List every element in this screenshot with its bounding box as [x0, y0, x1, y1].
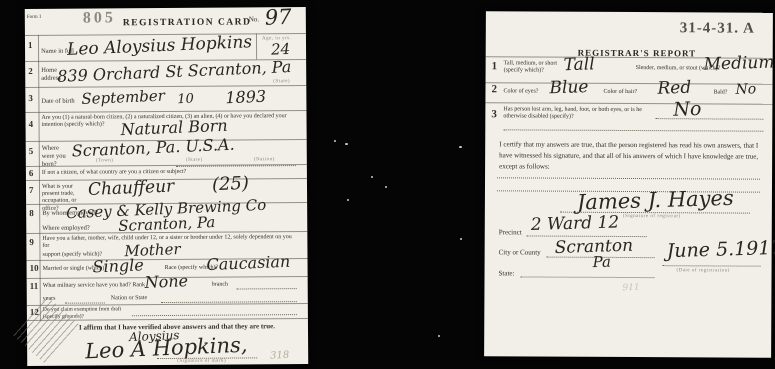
state-label: State:: [499, 269, 515, 277]
signature-sublabel: (Signature or mark): [177, 359, 226, 364]
exemption-answer-line: [132, 314, 297, 316]
trade-value: Chauffeur: [88, 178, 175, 199]
name-value: Leo Aloysius Hopkins: [67, 34, 253, 59]
birth-date-label: Date of birth: [41, 98, 74, 106]
registrar-signature: James J. Hayes: [577, 188, 734, 214]
address-value: 839 Orchard St Scranton, Pa: [57, 59, 292, 85]
city-state-value: Pa: [592, 255, 611, 271]
address-state-sublabel: (State): [273, 79, 290, 84]
scanned-document-page: { "registration_card": { "form_label": "…: [0, 0, 775, 369]
birth-month-value: September: [81, 89, 165, 107]
field-number: 7: [29, 185, 34, 195]
card-title: REGISTRATION CARD: [123, 17, 252, 28]
pencil-mark: 318: [270, 351, 289, 362]
birthplace-state-sublabel: (State): [186, 158, 203, 163]
birthplace-value: Scranton, Pa. U.S.A.: [71, 137, 234, 160]
field-number: 2: [28, 66, 33, 76]
field-number: 8: [29, 208, 34, 218]
hair-value: Red: [657, 80, 691, 98]
field-number: 11: [30, 281, 39, 291]
field-number: 4: [29, 119, 34, 129]
field-number: 5: [29, 146, 34, 156]
dust-speck: [385, 186, 387, 188]
military-value: None: [144, 273, 188, 291]
registrars-report-card: 31-4-31. A REGISTRAR'S REPORT 1 Tall, me…: [484, 11, 773, 357]
where-employed-value: Scranton, Pa: [118, 215, 216, 234]
bald-value: No: [735, 82, 756, 97]
field-number: 10: [30, 263, 39, 273]
precinct-value: 2 Ward 12: [531, 214, 620, 234]
build-label: Tall, medium, or short (specify which)?: [504, 60, 562, 75]
no-label: No.: [249, 15, 259, 23]
field-number: 9: [29, 237, 34, 247]
certification-text: I certify that my answers are true, that…: [499, 139, 758, 173]
military-nation-label: Nation or State: [111, 295, 147, 302]
birthplace-town-sublabel: (Town): [96, 158, 114, 163]
serial-number-stamp: 805: [83, 9, 116, 27]
dust-speck: [345, 143, 348, 145]
dust-speck: [438, 335, 440, 337]
disability-value: No: [673, 100, 702, 120]
field-number: 3: [28, 93, 33, 103]
where-employed-label: Where employed?: [42, 225, 90, 233]
disability-label: Has person lost arm, leg, hand, foot, or…: [503, 106, 663, 121]
field-number: 1: [28, 40, 33, 50]
form-number-label: Form 1: [27, 15, 42, 21]
state-answer-line: [521, 276, 655, 278]
eyes-label: Color of eyes?: [503, 88, 538, 95]
city-county-label: City or County: [499, 248, 541, 257]
alien-answer-line: [176, 165, 296, 167]
military-label: What military service have you had? Rank: [43, 282, 145, 290]
registration-date-value: June 5.1917: [666, 239, 775, 261]
bald-label: Bald?: [713, 89, 727, 96]
birth-year-value: 1893: [225, 89, 266, 107]
registration-card: Form 1 805 REGISTRATION CARD No. 97 1 Na…: [25, 7, 308, 366]
registration-number-value: 97: [264, 7, 292, 29]
military-branch-label: branch: [212, 282, 228, 289]
birthplace-nation-sublabel: (Nation): [254, 157, 275, 162]
dust-speck: [460, 238, 462, 240]
race-value: Caucasian: [206, 254, 290, 273]
eyes-value: Blue: [549, 79, 588, 97]
dust-speck: [334, 140, 336, 142]
hair-label: Color of hair?: [603, 89, 637, 96]
dust-speck: [371, 176, 373, 178]
stout-value: Medium: [703, 55, 774, 74]
precinct-label: Precinct: [499, 228, 522, 237]
trade-number-value: (25): [212, 175, 250, 195]
birthplace-label: Where were you born?: [42, 145, 72, 169]
registration-date-sublabel: (Date of registration): [677, 268, 730, 273]
registrar-signature-sublabel: (Signature of registrar): [623, 214, 681, 219]
report-field-number: 3: [491, 108, 497, 120]
build-value: Tall: [563, 56, 595, 74]
marital-value: Single: [92, 257, 144, 275]
district-stamp: 31-4-31. A: [680, 20, 755, 37]
faint-mark: 911: [622, 284, 639, 294]
field-number: 6: [29, 168, 34, 178]
dust-speck: [347, 199, 349, 201]
birth-day-value: 10: [177, 93, 194, 107]
report-field-number: 1: [492, 60, 498, 72]
age-value: 24: [271, 42, 291, 58]
dust-speck: [459, 146, 462, 148]
report-field-number: 2: [491, 83, 497, 95]
